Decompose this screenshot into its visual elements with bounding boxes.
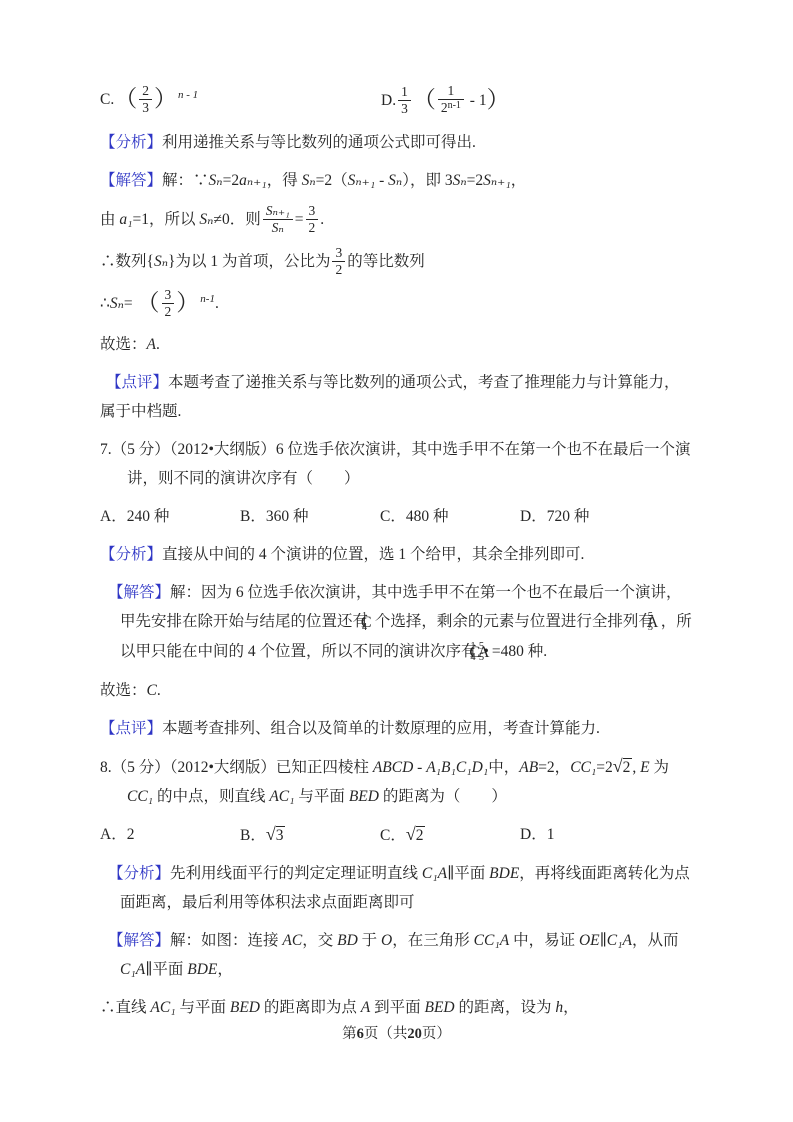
text-run: ，在三角形: [392, 932, 473, 949]
text-run: }为以 1 为首项，公比为: [168, 253, 330, 270]
fraction: 32: [306, 203, 319, 236]
denominator-base: 2: [441, 100, 448, 115]
text-run: 故选：: [100, 682, 147, 699]
section-label: 【解答】: [100, 172, 162, 189]
document-page: C.（23）n - 1 D.13（12n-1 - 1） 【分析】利用递推关系与等…: [100, 84, 692, 1031]
denominator-base: Sₙ: [272, 220, 284, 235]
text-run: D．1: [520, 826, 554, 843]
text-run: B．: [240, 827, 266, 844]
radical-sign: √: [406, 824, 416, 844]
q6-sequence-line: ∴数列{Sₙ}为以 1 为首项，公比为32的等比数列: [100, 246, 692, 279]
paren: ）: [487, 87, 510, 112]
text-run: 页）: [422, 1026, 451, 1042]
text-run: 故选：: [100, 336, 147, 353]
text-run: 的距离即为点: [260, 999, 361, 1016]
text-run: 由: [100, 211, 119, 228]
text-run: ，从而: [632, 932, 679, 949]
numerator: 3: [162, 287, 175, 304]
math-run: C₁A: [607, 932, 632, 949]
page-footer: 第6页（共20页）: [0, 1022, 793, 1043]
denominator-base: 2: [165, 304, 172, 319]
q6-option-c: C.（23）n - 1: [100, 84, 381, 119]
q7-analysis-line: 【分析】直接从中间的 4 个演讲的位置，选 1 个给甲，其余全排列即可.: [100, 540, 692, 569]
text-run: 中，易证: [509, 932, 579, 949]
math-run: Sₙ: [302, 172, 316, 189]
math-run: AC₁: [269, 788, 294, 805]
math-run: C₁A: [120, 961, 145, 978]
paren: （: [413, 87, 436, 112]
section-label: 【点评】: [100, 720, 162, 737]
q7-answer-line: 故选：C.: [100, 676, 692, 705]
text-run: 到平面: [370, 999, 424, 1016]
q8-options-row: A．2 B．√3 C．√2 D．1: [100, 820, 692, 850]
math-run: Sₙ₊₁: [348, 172, 376, 189]
q7-option-a: A．240 种: [100, 502, 240, 531]
text-run: ），即 3: [402, 172, 452, 189]
text-run: B．360 种: [240, 508, 308, 525]
math-run: AC: [282, 932, 302, 949]
text-run: 7.（5 分）（2012•大纲版）6 位选手依次演讲，其中选手甲不在第一个也不在…: [100, 441, 691, 487]
q8-option-c: C．√2: [380, 820, 520, 850]
numerator: 1: [398, 84, 411, 101]
text-run: ∴: [100, 295, 110, 312]
fraction: Sₙ₊₁Sₙ: [263, 203, 293, 236]
bold-run: 20: [407, 1026, 422, 1042]
section-label: 【分析】: [108, 865, 170, 882]
text-run: ∥: [600, 932, 607, 949]
text-run: -: [375, 172, 388, 189]
q7-options-row: A．240 种 B．360 种 C．480 种 D．720 种: [100, 502, 692, 531]
text-run: 利用递推关系与等比数列的通项公式即可得出.: [162, 134, 476, 151]
text-run: =2: [223, 172, 240, 189]
denominator: 2n-1: [438, 100, 464, 118]
q8-solution-line: 【解答】解：如图：连接 AC，交 BD 于 O，在三角形 CC₁A 中，易证 O…: [100, 926, 692, 984]
math-run: AB: [519, 759, 538, 776]
text-run: 直接从中间的 4 个演讲的位置，选 1 个给甲，其余全排列即可.: [162, 546, 584, 563]
text-run: D.: [381, 92, 396, 109]
fraction: 12n-1: [438, 83, 464, 118]
text-run: ，得: [267, 172, 302, 189]
radical-sign: √: [613, 756, 623, 776]
text-run: 中，: [488, 759, 519, 776]
math-run: A: [361, 999, 370, 1016]
radicand: 2: [623, 758, 633, 776]
q7-comment-line: 【点评】本题考查排列、组合以及简单的计数原理的应用，考查计算能力.: [100, 714, 692, 743]
denominator: Sₙ: [263, 220, 293, 236]
math-run: a₁: [119, 211, 132, 228]
text-run: =2（: [316, 172, 348, 189]
q8-option-a: A．2: [100, 820, 240, 850]
denominator: 2: [306, 220, 319, 236]
q6-analysis-line: 【分析】利用递推关系与等比数列的通项公式即可得出.: [100, 128, 692, 157]
text-run: 解：∵: [162, 172, 209, 189]
combinatoric-symbol: A55: [490, 638, 491, 667]
math-run: CC₁: [570, 759, 596, 776]
math-run: ABCD: [373, 759, 413, 776]
math-run: C₁A: [422, 865, 447, 882]
text-run: ，交: [302, 932, 337, 949]
q8-analysis-line: 【分析】先利用线面平行的判定定理证明直线 C₁A∥平面 BDE，再将线面距离转化…: [100, 859, 692, 917]
q7-option-c: C．480 种: [380, 502, 520, 531]
text-run: 为: [650, 759, 669, 776]
text-run: ∴数列{: [100, 253, 154, 270]
q6-comment-line: 【点评】本题考查了递推关系与等比数列的通项公式，考查了推理能力与计算能力，属于中…: [100, 368, 692, 426]
q8-conclusion-line: ∴直线 AC₁ 与平面 BED 的距离即为点 A 到平面 BED 的距离，设为 …: [100, 993, 692, 1022]
math-run: h: [555, 999, 563, 1016]
math-run: BED: [425, 999, 455, 1016]
superscript: n-1: [200, 293, 215, 305]
text-run: .: [156, 336, 160, 353]
text-run: 页（共: [364, 1026, 408, 1042]
denominator: 2: [332, 262, 345, 278]
numerator: 2: [139, 83, 152, 100]
math-run: CC₁: [127, 788, 153, 805]
text-run: D．720 种: [520, 508, 589, 525]
text-run: .: [157, 682, 161, 699]
text-run: =: [124, 295, 137, 312]
text-run: .: [215, 295, 219, 312]
math-run: BDE: [187, 961, 217, 978]
text-run: 的距离为（ ）: [379, 788, 507, 805]
text-run: C．480 种: [380, 508, 448, 525]
fraction: 32: [162, 287, 175, 320]
text-run: ，: [217, 961, 233, 978]
math-run: C: [147, 682, 157, 699]
math-run: E: [640, 759, 649, 776]
text-run: =480 种.: [492, 643, 547, 660]
numerator: 1: [438, 83, 464, 100]
superscript: n - 1: [178, 89, 198, 101]
combinatoric-symbol: A55: [659, 608, 660, 637]
text-run: 第: [342, 1026, 357, 1042]
math-run: Sₙ: [199, 211, 213, 228]
sqrt-expression: √2: [613, 759, 633, 776]
text-run: 个选择，剩余的元素与位置进行全排列有: [375, 613, 658, 630]
math-run: Sₙ: [154, 253, 168, 270]
text-run: ∴直线: [100, 999, 150, 1016]
math-run: OE: [579, 932, 600, 949]
text-run: 与平面: [295, 788, 349, 805]
text-run: 的中点，则直线: [153, 788, 269, 805]
q7-stem: 7.（5 分）（2012•大纲版）6 位选手依次演讲，其中选手甲不在第一个也不在…: [100, 435, 692, 493]
sqrt-expression: √2: [406, 827, 426, 844]
text-run: A．240 种: [100, 508, 169, 525]
fraction: 32: [332, 245, 345, 278]
paren: ）: [154, 86, 177, 111]
fraction: 23: [139, 83, 152, 116]
text-run: -: [413, 759, 426, 776]
numerator: 3: [306, 203, 319, 220]
text-run: 解：如图：连接: [170, 932, 282, 949]
math-run: AC₁: [150, 999, 175, 1016]
radicand: 2: [416, 826, 426, 844]
denominator: 3: [139, 100, 152, 116]
text-run: ∥平面: [447, 865, 489, 882]
text-run: 本题考查了递推关系与等比数列的通项公式，考查了推理能力与计算能力，属于中档题.: [100, 374, 680, 420]
combinatoric-symbol: C14: [373, 608, 374, 637]
section-label: 【分析】: [100, 546, 162, 563]
q8-stem: 8.（5 分）（2012•大纲版）已知正四棱柱 ABCD - A₁B₁C₁D₁中…: [100, 752, 692, 811]
denominator: 2: [162, 304, 175, 320]
denominator-exponent: n-1: [448, 100, 461, 111]
text-run: 先利用线面平行的判定定理证明直线: [170, 865, 422, 882]
q8-option-b: B．√3: [240, 820, 380, 850]
text-run: - 1: [466, 92, 487, 109]
text-run: =2，: [538, 759, 570, 776]
math-run: BD: [337, 932, 358, 949]
radicand: 3: [276, 826, 286, 844]
math-run: O: [381, 932, 392, 949]
q6-options-row: C.（23）n - 1 D.13（12n-1 - 1）: [100, 84, 692, 119]
text-run: 的距离，设为: [455, 999, 556, 1016]
bold-run: 6: [357, 1026, 364, 1042]
radical-sign: √: [266, 824, 276, 844]
math-run: Sₙ₊₁: [483, 172, 511, 189]
q7-solution-line: 【解答】解：因为 6 位选手依次演讲，其中选手甲不在第一个也不在最后一个演讲，甲…: [100, 578, 692, 667]
q8-option-d: D．1: [520, 820, 660, 850]
text-run: C．: [380, 827, 406, 844]
numerator: 3: [332, 245, 345, 262]
text-run: ，: [511, 172, 527, 189]
math-run: Sₙ: [209, 172, 223, 189]
text-run: 于: [358, 932, 381, 949]
denominator-base: 2: [309, 220, 316, 235]
section-label: 【解答】: [108, 932, 170, 949]
q7-option-b: B．360 种: [240, 502, 380, 531]
math-run: BDE: [489, 865, 519, 882]
text-run: .: [320, 211, 324, 228]
numerator: Sₙ₊₁: [263, 203, 293, 220]
q6-solution-line: 【解答】解：∵Sₙ=2aₙ₊₁，得 Sₙ=2（Sₙ₊₁ - Sₙ），即 3Sₙ=…: [100, 166, 692, 195]
math-run: A₁B₁C₁D₁: [426, 759, 488, 776]
text-run: A．2: [100, 826, 134, 843]
text-run: =: [295, 211, 304, 228]
denominator: 3: [398, 101, 411, 117]
math-run: BED: [230, 999, 260, 1016]
fraction: 13: [398, 84, 411, 117]
q6-answer-line: 故选：A.: [100, 330, 692, 359]
paren: （: [137, 290, 160, 315]
paren: ）: [176, 290, 199, 315]
q6-derivation-line: 由 a₁=1，所以 Sₙ≠0．则Sₙ₊₁Sₙ=32.: [100, 204, 692, 237]
math-run: aₙ₊₁: [239, 172, 267, 189]
text-run: 的等比数列: [347, 253, 425, 270]
denominator-base: 2: [335, 262, 342, 277]
text-run: 8.（5 分）（2012•大纲版）已知正四棱柱: [100, 759, 373, 776]
math-run: Sₙ: [388, 172, 402, 189]
text-run: 本题考查排列、组合以及简单的计数原理的应用，考查计算能力.: [162, 720, 600, 737]
q7-option-d: D．720 种: [520, 502, 660, 531]
math-run: CC₁A: [474, 932, 510, 949]
sqrt-expression: √3: [266, 827, 286, 844]
text-run: =2: [467, 172, 484, 189]
math-run: Sₙ: [453, 172, 467, 189]
math-run: Sₙ: [110, 295, 124, 312]
text-run: =1，所以: [133, 211, 200, 228]
text-run: ，: [563, 999, 579, 1016]
math-run: BED: [349, 788, 379, 805]
text-run: C.: [100, 91, 114, 108]
text-run: =2: [596, 759, 613, 776]
math-run: A: [147, 336, 156, 353]
q6-option-d: D.13（12n-1 - 1）: [381, 84, 510, 119]
text-run: ,: [632, 759, 640, 776]
section-label: 【点评】: [106, 374, 168, 391]
denominator-base: 3: [142, 100, 149, 115]
text-run: ∥平面: [145, 961, 187, 978]
text-run: 与平面: [176, 999, 230, 1016]
q6-formula-line: ∴Sₙ= （32）n-1.: [100, 288, 692, 321]
denominator-base: 3: [401, 101, 408, 116]
text-run: ≠0．则: [213, 211, 260, 228]
section-label: 【解答】: [108, 584, 170, 601]
paren: （: [114, 86, 137, 111]
section-label: 【分析】: [100, 134, 162, 151]
